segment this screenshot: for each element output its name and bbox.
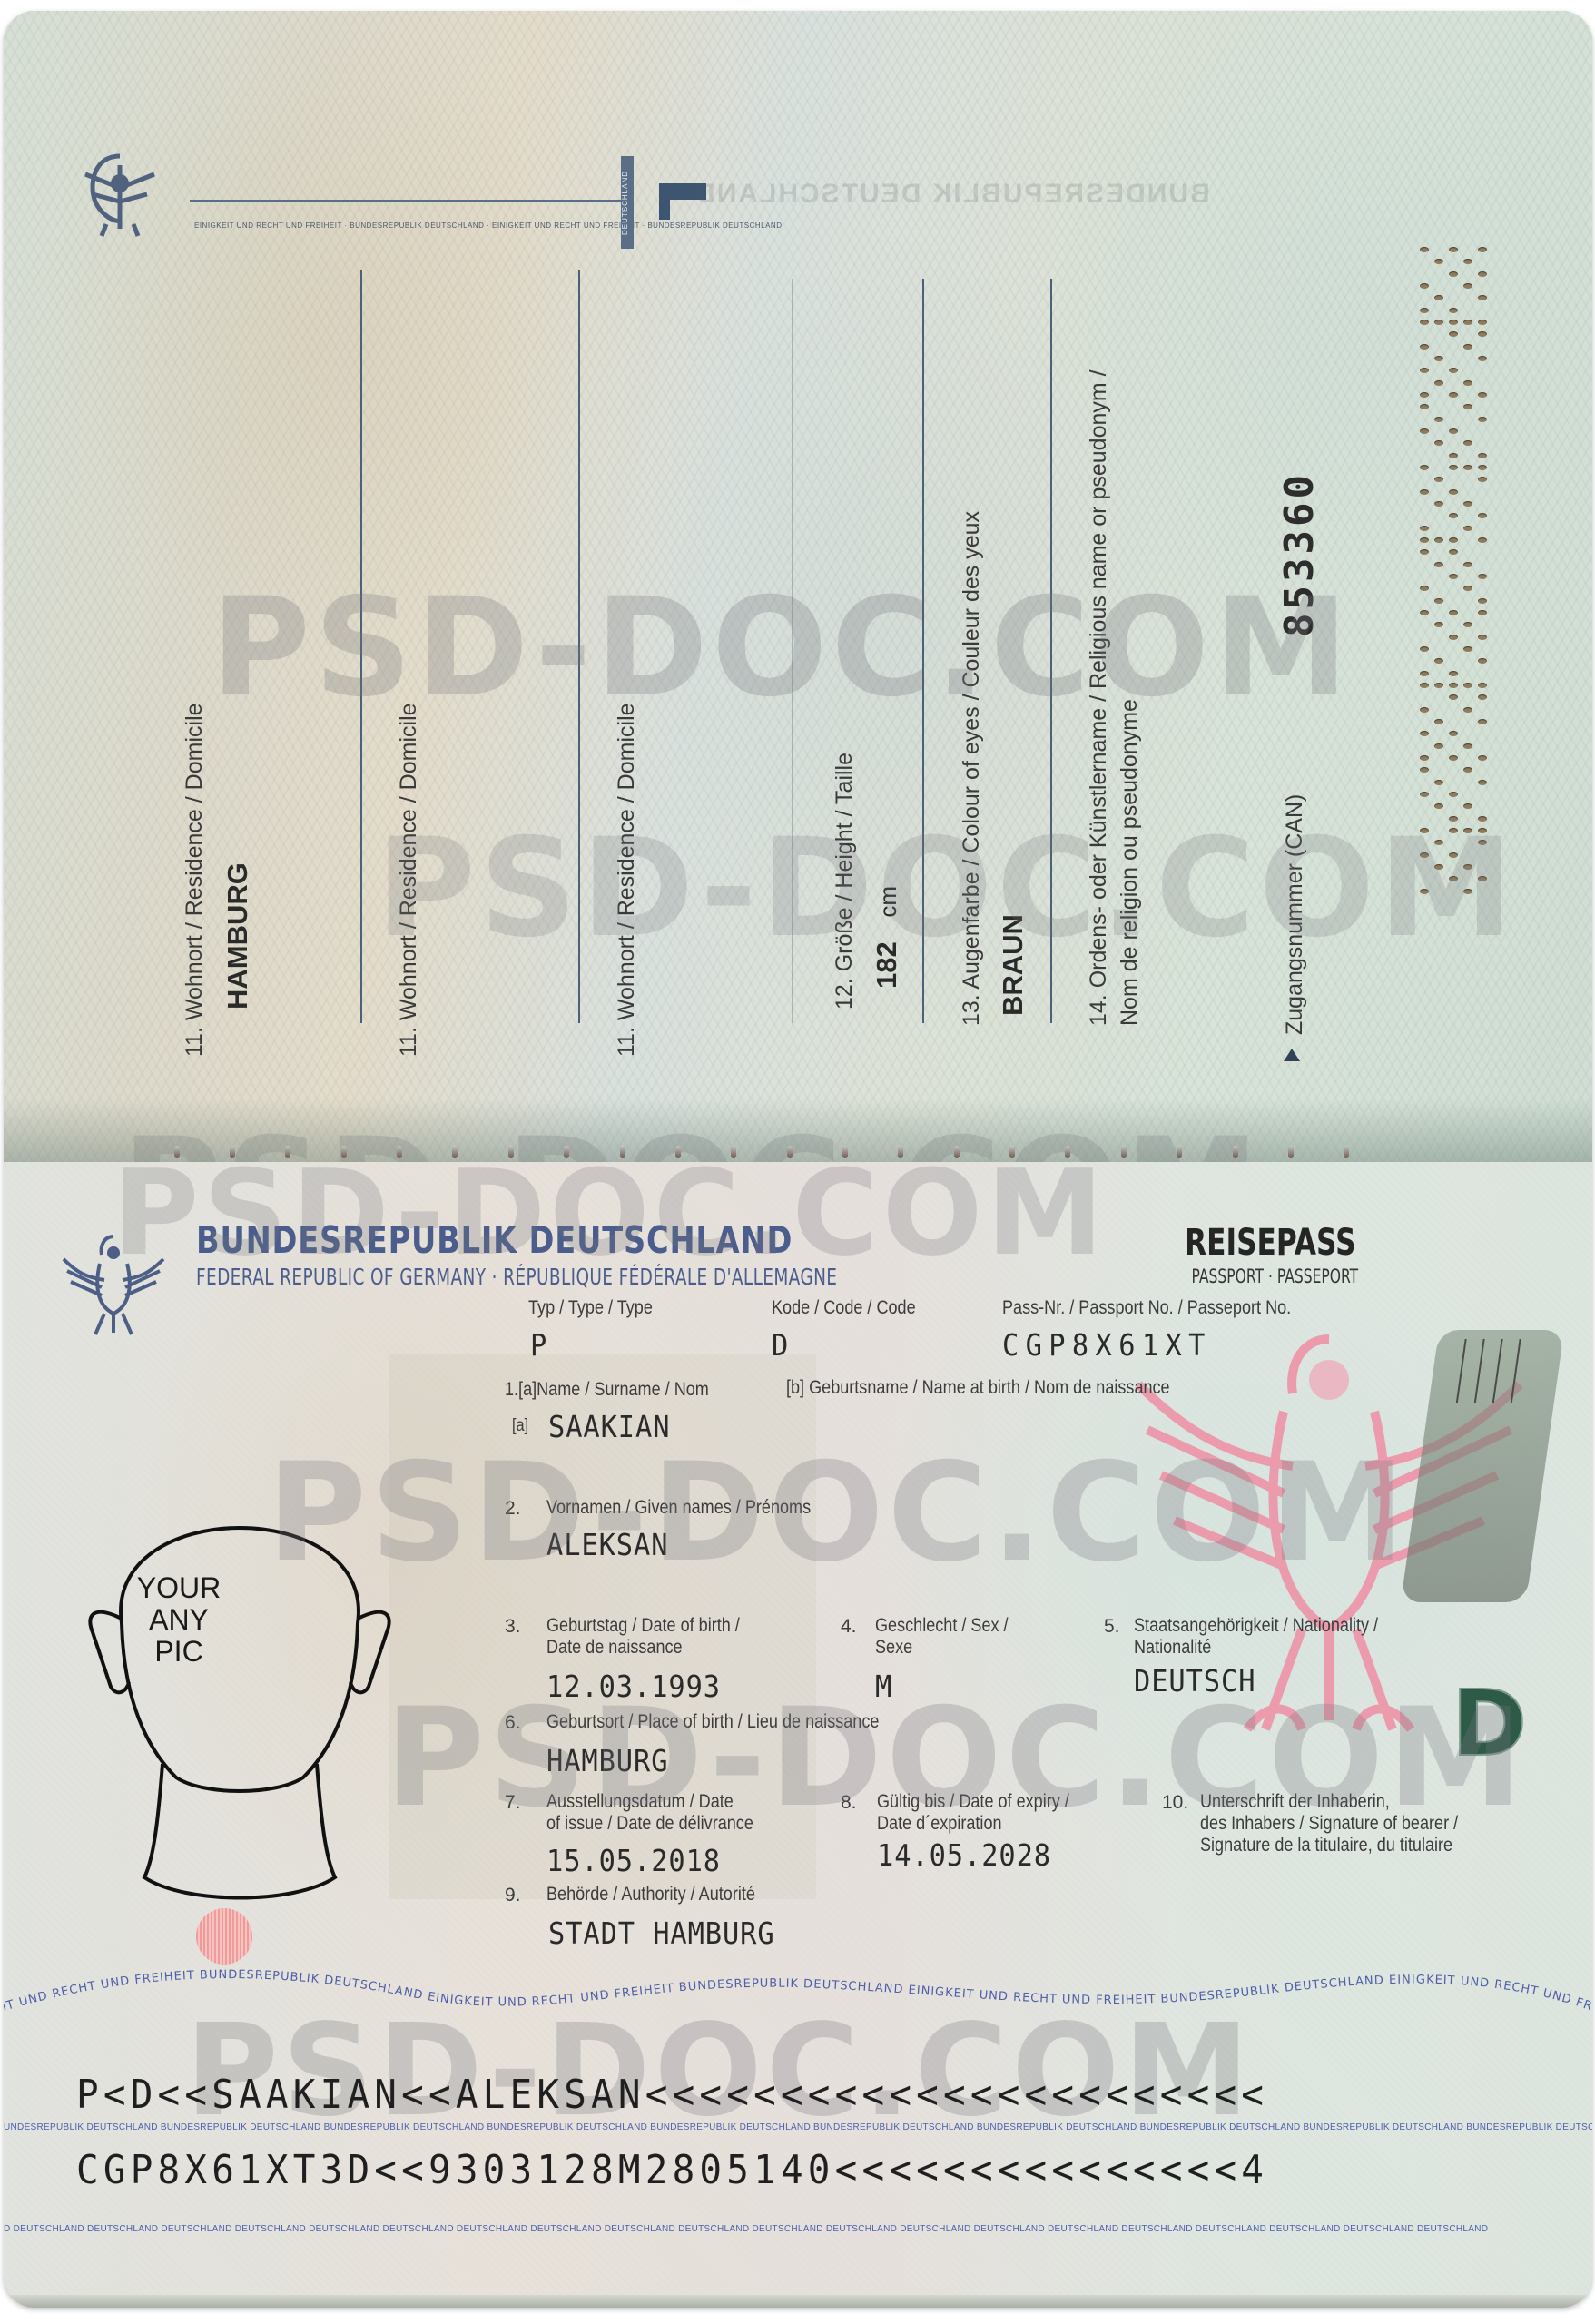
given-names-number: 2. [505, 1498, 521, 1520]
signature-label-line2: des Inhabers / Signature of bearer / [1200, 1812, 1458, 1835]
height-label: 12. Größe / Height / Taille [832, 753, 858, 1009]
holder-photo-placeholder [67, 1460, 412, 1914]
place-of-birth-label: Geburtsort / Place of birth / Lieu de na… [546, 1710, 879, 1733]
header-band-microtext: EINIGKEIT UND RECHT UND FREIHEIT · BUNDE… [194, 222, 782, 230]
binding-stitches [4, 1146, 1592, 1160]
nationality-label-line2: Nationalité [1134, 1636, 1211, 1659]
religious-name-label-line1: 14. Ordens- oder Künstlername / Religiou… [1086, 369, 1112, 1026]
dob-number: 3. [505, 1616, 521, 1638]
page-edge [4, 2295, 1592, 2308]
type-label: Typ / Type / Type [528, 1296, 653, 1319]
height-number: 182 [871, 941, 902, 989]
signature-number: 10. [1162, 1792, 1188, 1814]
photo-placeholder-text: YOUR ANY PIC [111, 1572, 247, 1668]
authority-label: Behörde / Authority / Autorité [546, 1883, 755, 1905]
mirrored-country-text: BUNDESREPUBLIK DEUTSCHLAND [694, 179, 1210, 210]
height-unit: cm [874, 886, 901, 918]
deutschland-tag: DEUTSCHLAND [621, 156, 634, 249]
mrz-line-2: CGP8X61XT3D<<9303128M2805140<<<<<<<<<<<<… [76, 2147, 1268, 2193]
expiry-date-number: 8. [841, 1792, 857, 1814]
perforated-passport-number [1420, 247, 1492, 901]
authority-value: STADT HAMBURG [548, 1915, 775, 1951]
eye-colour-value: BRAUN [997, 914, 1029, 1016]
sex-number: 4. [841, 1616, 857, 1638]
federal-eagle-icon [54, 1227, 172, 1336]
dob-label-line1: Geburtstag / Date of birth / [546, 1614, 740, 1637]
dob-label-line2: Date de naissance [546, 1636, 683, 1659]
code-value: D [772, 1327, 789, 1363]
code-label: Kode / Code / Code [772, 1296, 916, 1319]
can-value: 853360 [1276, 471, 1323, 637]
field-divider [578, 270, 580, 1023]
document-title: REISEPASS [1186, 1222, 1356, 1264]
field-divider [922, 279, 924, 1023]
religious-name-label-line2: Nom de religion ou pseudonyme [1117, 699, 1143, 1026]
given-names-label: Vornamen / Given names / Prénoms [546, 1496, 811, 1519]
photo-text-line1: YOUR [111, 1572, 247, 1604]
dob-value: 12.03.1993 [546, 1669, 721, 1704]
photo-text-line2: ANY [111, 1604, 247, 1636]
wave-text: IT UND RECHT UND FREIHEIT BUNDESREPUBLIK… [4, 1961, 1592, 2014]
nationality-number: 5. [1104, 1616, 1120, 1638]
field-divider [360, 270, 362, 1023]
observations-page: EINIGKEIT UND RECHT UND FREIHEIT · BUNDE… [4, 11, 1592, 1162]
sex-value: M [875, 1669, 892, 1704]
sex-label-line2: Sexe [875, 1636, 912, 1659]
expiry-date-value: 14.05.2028 [877, 1837, 1051, 1873]
sex-label-line1: Geschlecht / Sex / [875, 1614, 1009, 1637]
watermark: PSD-DOC.COM [376, 810, 1517, 968]
can-label: Zugangsnummer (CAN) [1282, 794, 1308, 1035]
country-subtitle: FEDERAL REPUBLIC OF GERMANY · RÉPUBLIQUE… [196, 1264, 837, 1290]
nationality-label-line1: Staatsangehörigkeit / Nationality / [1134, 1614, 1378, 1637]
signature-label-line3: Signature de la titulaire, du titulaire [1200, 1834, 1452, 1856]
expiry-date-label-line1: Gültig bis / Date of expiry / [877, 1790, 1069, 1813]
watermark: PSD-DOC.COM [211, 569, 1352, 727]
surname-label: 1.[a]Name / Surname / Nom [505, 1378, 709, 1401]
country-letter: D [1452, 1670, 1527, 1777]
birth-name-label: [b] Geburtsname / Name at birth / Nom de… [786, 1376, 1170, 1399]
authority-number: 9. [505, 1885, 521, 1906]
given-names-value: ALEKSAN [546, 1527, 668, 1562]
mrz-line-1: P<D<<SAAKIAN<<ALEKSAN<<<<<<<<<<<<<<<<<<<… [76, 2072, 1268, 2118]
residence-value-1: HAMBURG [222, 862, 254, 1009]
issue-date-value: 15.05.2018 [546, 1843, 721, 1878]
passport-no-value: CGP8X61XT [1002, 1327, 1212, 1363]
issue-date-number: 7. [505, 1792, 521, 1814]
header-band-line [190, 200, 625, 202]
photo-text-line3: PIC [111, 1636, 247, 1668]
issue-date-label-line2: of issue / Date de délivrance [546, 1812, 753, 1835]
place-of-birth-number: 6. [505, 1712, 521, 1734]
residence-label-3: 11. Wohnort / Residence / Domicile [614, 703, 640, 1057]
surname-value: SAAKIAN [548, 1409, 670, 1444]
eye-colour-label: 13. Augenfarbe / Colour of eyes / Couleu… [959, 511, 985, 1026]
field-divider [1050, 279, 1052, 1023]
residence-label-2: 11. Wohnort / Residence / Domicile [396, 703, 422, 1057]
eagle-emblem-icon [65, 138, 174, 238]
signature-label-line1: Unterschrift der Inhaberin, [1200, 1790, 1390, 1813]
data-page: BUNDESREPUBLIK DEUTSCHLAND FEDERAL REPUB… [4, 1162, 1592, 2308]
surname-prefix: [a] [512, 1414, 528, 1437]
type-value: P [530, 1327, 547, 1363]
country-title: BUNDESREPUBLIK DEUTSCHLAND [196, 1218, 793, 1262]
passport-document: EINIGKEIT UND RECHT UND FREIHEIT · BUNDE… [4, 11, 1592, 2308]
security-dot-icon [196, 1908, 252, 1965]
height-value: 182 cm [871, 886, 903, 989]
residence-label-1: 11. Wohnort / Residence / Domicile [182, 703, 208, 1057]
nationality-value: DEUTSCH [1134, 1663, 1255, 1699]
wavy-microtext: IT UND RECHT UND FREIHEIT BUNDESREPUBLIK… [4, 1961, 1592, 2033]
microprint-line-1: UNDESREPUBLIK DEUTSCHLAND BUNDESREPUBLIK… [4, 2122, 1592, 2132]
passport-no-label: Pass-Nr. / Passport No. / Passeport No. [1002, 1296, 1291, 1319]
microprint-line-2: D DEUTSCHLAND DEUTSCHLAND DEUTSCHLAND DE… [4, 2224, 1592, 2234]
can-triangle-icon [1284, 1049, 1300, 1061]
svg-text:IT UND RECHT UND FREIHEIT BUND: IT UND RECHT UND FREIHEIT BUNDESREPUBLIK… [4, 1961, 1592, 2014]
issue-date-label-line1: Ausstellungsdatum / Date [546, 1790, 734, 1813]
field-divider [792, 279, 793, 1023]
document-subtitle: PASSPORT · PASSEPORT [1191, 1265, 1358, 1287]
expiry-date-label-line2: Date d´expiration [877, 1812, 1002, 1835]
place-of-birth-value: HAMBURG [546, 1743, 668, 1778]
